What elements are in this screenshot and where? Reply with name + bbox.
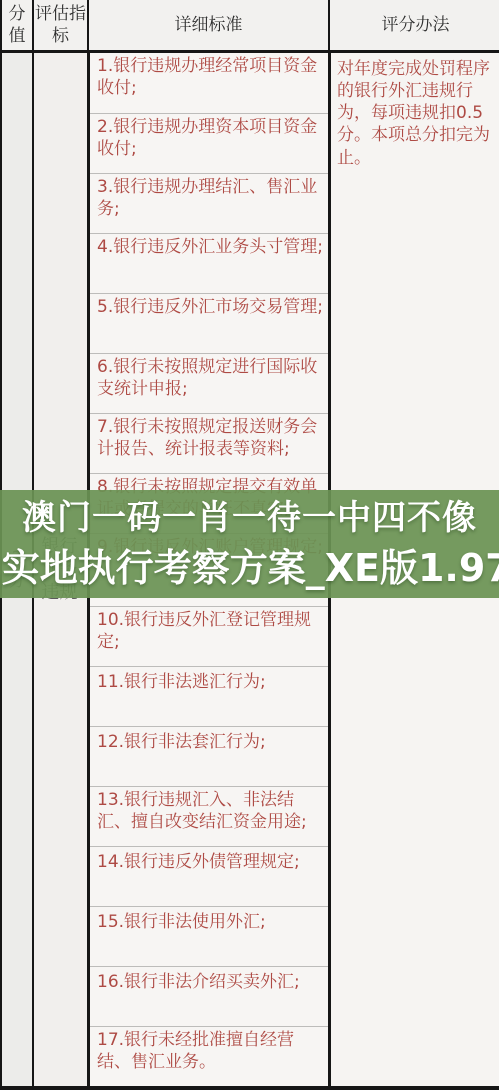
detail-item-5: 5.银行违反外汇市场交易管理;	[90, 293, 328, 353]
detail-item-4: 4.银行违反外汇业务头寸管理;	[90, 233, 328, 293]
detail-item-17: 17.银行未经批准擅自经营结、售汇业务。	[90, 1026, 328, 1086]
detail-item-12: 12.银行非法套汇行为;	[90, 726, 328, 786]
header-scoring-method: 评分办法	[328, 0, 499, 53]
detail-item-15: 15.银行非法使用外汇;	[90, 906, 328, 966]
header-score-value: 分值	[2, 0, 32, 53]
detail-item-3: 3.银行违规办理结汇、售汇业务;	[90, 173, 328, 233]
detail-item-7: 7.银行未按照规定报送财务会计报告、统计报表等资料;	[90, 413, 328, 473]
header-evaluation-indicator: 评估指标	[32, 0, 87, 53]
detail-item-14: 14.银行违反外债管理规定;	[90, 846, 328, 906]
ad-overlay-banner[interactable]: 澳门一码一肖一待一中四不像 ,实地执行考察方案_XE版1.97	[0, 490, 499, 598]
detail-item-2: 2.银行违规办理资本项目资金收付;	[90, 113, 328, 173]
header-detailed-standard: 详细标准	[87, 0, 328, 53]
detail-item-10: 10.银行违反外汇登记管理规定;	[90, 606, 328, 666]
detail-item-6: 6.银行未按照规定进行国际收支统计申报;	[90, 353, 328, 413]
detail-item-1: 1.银行违规办理经常项目资金收付;	[90, 53, 328, 113]
detail-item-11: 11.银行非法逃汇行为;	[90, 666, 328, 726]
ad-banner-line2: ,实地执行考察方案_XE版1.97	[0, 542, 499, 594]
page: 分值 评估指标 详细标准 评分办法 2分 银行业务违规 1.银行违规办理经常项目…	[0, 0, 499, 1090]
ad-banner-line1: 澳门一码一肖一待一中四不像	[22, 494, 477, 542]
detail-item-13: 13.银行违规汇入、非法结汇、擅自改变结汇资金用途;	[90, 786, 328, 846]
detail-item-16: 16.银行非法介绍买卖外汇;	[90, 966, 328, 1026]
scoring-method-text: 对年度完成处罚程序的银行外汇违规行为，每项违规扣0.5分。本项总分扣完为止。	[337, 59, 490, 167]
